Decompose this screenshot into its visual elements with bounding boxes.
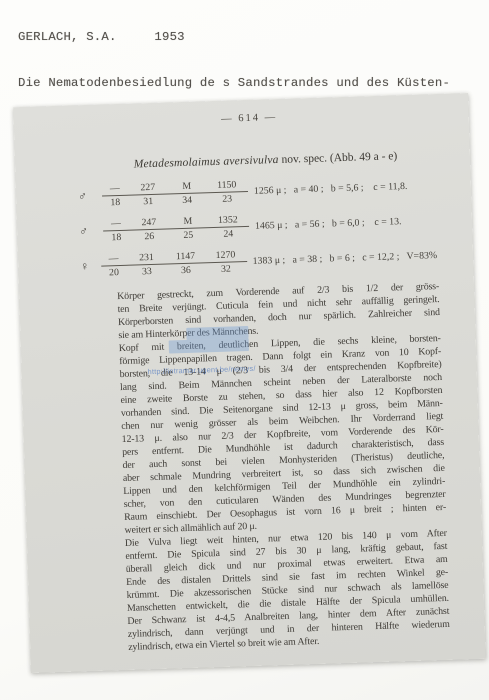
formula-value: 23 bbox=[206, 192, 248, 204]
formula-value: 1150 bbox=[206, 178, 248, 190]
demanian-formula: — 247 M 1352 18 26 25 24 bbox=[103, 213, 250, 243]
formula-value: 26 bbox=[129, 230, 169, 242]
citation-title-line-1: Die Nematodenbesiedlung de s Sandstrande… bbox=[18, 77, 478, 90]
formula-value: 1352 bbox=[207, 213, 249, 225]
formula-value: — bbox=[103, 217, 129, 229]
sex-symbol-icon: ♂ bbox=[78, 188, 96, 204]
watermark-highlight-lippen bbox=[169, 338, 249, 354]
formula-value: 1270 bbox=[204, 249, 246, 261]
formula-value: 231 bbox=[126, 251, 166, 263]
species-title-rest: nov. spec. (Abb. 49 a - e) bbox=[278, 150, 397, 166]
measurement-result: 1465 μ ; a = 56 ; b = 6,0 ; c = 13. bbox=[255, 216, 402, 232]
page-content: — 614 — Metadesmolaimus aversivulva nov.… bbox=[13, 93, 486, 673]
paragraph-head-mouth: Kopf mit breiten, deutlichen Lippen, die… bbox=[119, 332, 447, 537]
formula-value: 24 bbox=[207, 227, 249, 239]
demanian-formula: — 231 1147 1270 20 33 36 32 bbox=[100, 249, 247, 279]
formula-value: 25 bbox=[169, 229, 207, 241]
formula-value: 36 bbox=[167, 264, 205, 276]
formula-value: 33 bbox=[127, 265, 167, 277]
formula-value: 32 bbox=[205, 263, 247, 275]
page-number: — 614 — bbox=[66, 107, 433, 132]
formula-value: 227 bbox=[128, 181, 168, 193]
formula-value: 247 bbox=[129, 216, 169, 228]
measurement-row: ♂ — 247 M 1352 18 26 25 24 bbox=[79, 206, 437, 245]
formula-value: 20 bbox=[101, 266, 127, 278]
formula-value: 31 bbox=[128, 195, 168, 207]
formula-value: 34 bbox=[168, 194, 206, 206]
measurement-row: ♂ — 227 M 1150 18 31 34 23 bbox=[78, 171, 436, 210]
measurement-row: ♀ — 231 1147 1270 20 33 36 32 bbox=[80, 241, 438, 280]
species-name-italic: Metadesmolaimus aversivulva bbox=[134, 154, 279, 171]
formula-value: M bbox=[168, 180, 206, 192]
formula-value: 1147 bbox=[166, 250, 204, 262]
formula-value: 18 bbox=[102, 196, 128, 208]
measurement-result: 1383 μ ; a = 38 ; b = 6 ; c = 12,2 ; V=8… bbox=[253, 250, 438, 267]
species-title: Metadesmolaimus aversivulva nov. spec. (… bbox=[97, 149, 434, 175]
measurement-result: 1256 μ ; a = 40 ; b = 5,6 ; c = 11,8. bbox=[254, 180, 408, 196]
formula-value: — bbox=[100, 252, 126, 264]
body-text: Körper gestreckt, zum Vorderende auf 2/3… bbox=[117, 280, 450, 654]
sex-symbol-icon: ♀ bbox=[80, 258, 95, 273]
formula-value: 18 bbox=[103, 231, 129, 243]
paragraph-vulva-spicula-tail: Die Vulva liegt weit hinten, nur etwa 12… bbox=[125, 527, 451, 654]
formula-value: — bbox=[102, 182, 128, 194]
sex-symbol-icon: ♂ bbox=[79, 223, 97, 239]
measurement-formulas: ♂ — 227 M 1150 18 31 34 23 bbox=[78, 171, 438, 280]
demanian-formula: — 227 M 1150 18 31 34 23 bbox=[102, 178, 249, 208]
formula-value: M bbox=[169, 215, 207, 227]
citation-author-year: GERLACH, S.A. 1953 bbox=[18, 31, 478, 44]
scanned-page: — 614 — Metadesmolaimus aversivulva nov.… bbox=[13, 93, 486, 673]
